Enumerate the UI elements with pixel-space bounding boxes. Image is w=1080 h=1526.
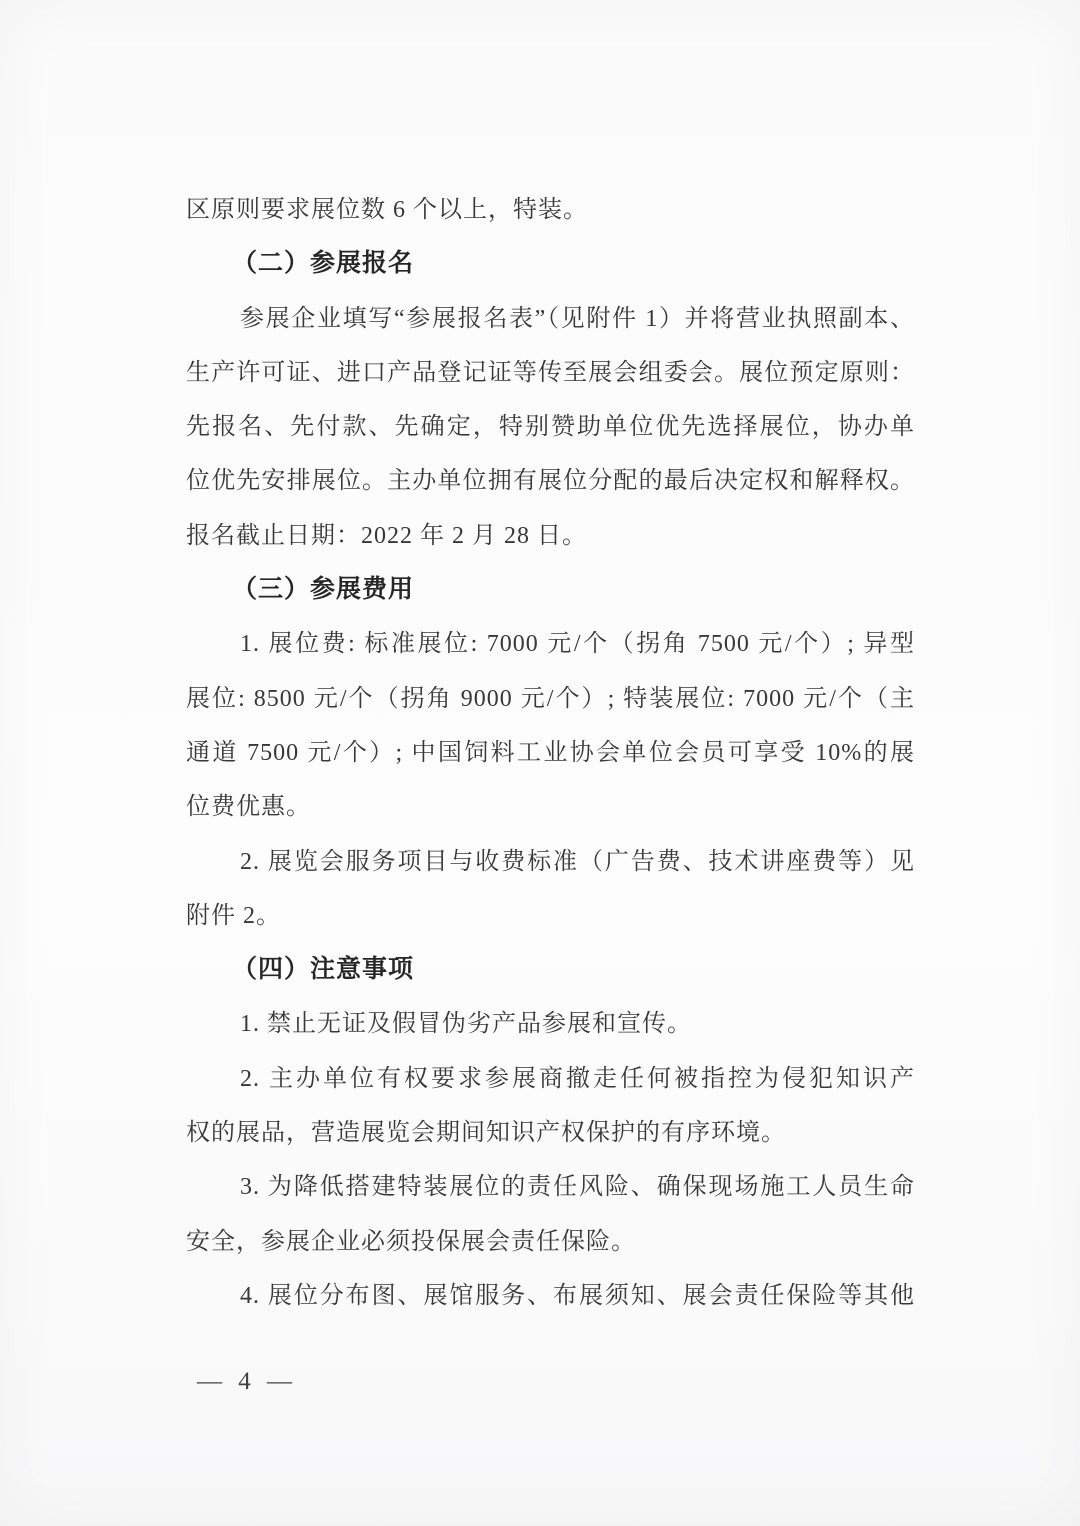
text-line: 生产许可证、进口产品登记证等传至展会组委会。展位预定原则： bbox=[186, 346, 915, 400]
text-line: 通道 7500 元/个）; 中国饲料工业协会单位会员可享受 10%的展 bbox=[186, 726, 915, 780]
text-line: 先报名、先付款、先确定，特别赞助单位优先选择展位，协办单 bbox=[186, 400, 915, 454]
text-line: 安全，参展企业必须投保展会责任保险。 bbox=[186, 1215, 915, 1269]
text-line: 位费优惠。 bbox=[186, 780, 915, 834]
section-heading: （三）参展费用 bbox=[186, 563, 915, 617]
document-body: 区原则要求展位数 6 个以上，特装。（二）参展报名参展企业填写“参展报名表”（见… bbox=[186, 183, 915, 1323]
text-line: 1. 禁止无证及假冒伪劣产品参展和宣传。 bbox=[186, 997, 915, 1051]
text-line: 展位: 8500 元/个（拐角 9000 元/个）; 特装展位: 7000 元/… bbox=[186, 672, 915, 726]
section-heading: （四）注意事项 bbox=[186, 943, 915, 997]
text-line: 附件 2。 bbox=[186, 889, 915, 943]
text-line: 2. 展览会服务项目与收费标准（广告费、技术讲座费等）见 bbox=[186, 835, 915, 889]
text-line: 1. 展位费: 标准展位: 7000 元/个（拐角 7500 元/个）; 异型 bbox=[186, 617, 915, 671]
text-line: 报名截止日期：2022 年 2 月 28 日。 bbox=[186, 509, 915, 563]
text-line: 3. 为降低搭建特装展位的责任风险、确保现场施工人员生命 bbox=[186, 1160, 915, 1214]
text-line: 2. 主办单位有权要求参展商撤走任何被指控为侵犯知识产 bbox=[186, 1052, 915, 1106]
text-line: 位优先安排展位。主办单位拥有展位分配的最后决定权和解释权。 bbox=[186, 454, 915, 508]
text-line: 4. 展位分布图、展馆服务、布展须知、展会责任保险等其他 bbox=[186, 1269, 915, 1323]
text-line: 区原则要求展位数 6 个以上，特装。 bbox=[186, 183, 915, 237]
text-line: 权的展品，营造展览会期间知识产权保护的有序环境。 bbox=[186, 1106, 915, 1160]
section-heading: （二）参展报名 bbox=[186, 237, 915, 291]
page-number: — 4 — bbox=[197, 1368, 297, 1396]
document-page: 区原则要求展位数 6 个以上，特装。（二）参展报名参展企业填写“参展报名表”（见… bbox=[0, 0, 1080, 1526]
text-line: 参展企业填写“参展报名表”（见附件 1）并将营业执照副本、 bbox=[186, 292, 915, 346]
